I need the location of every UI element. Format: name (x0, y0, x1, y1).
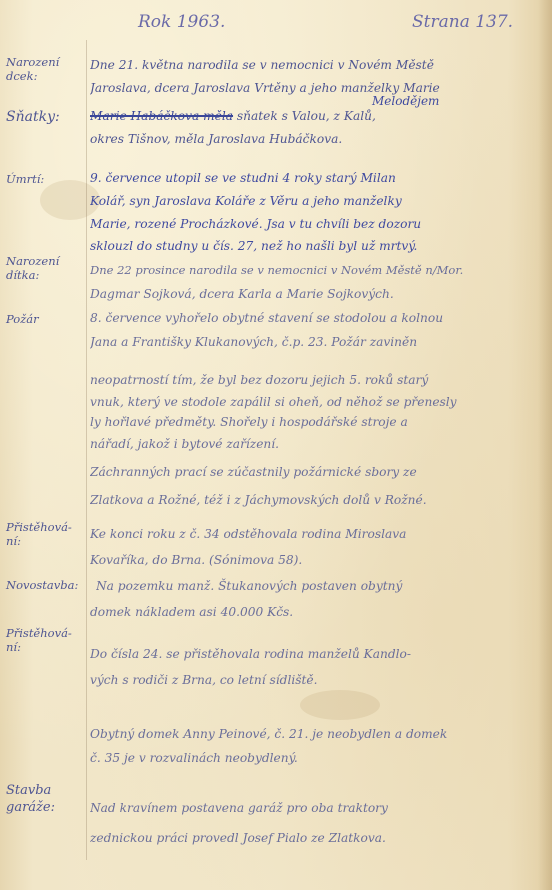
struck-text: Marie Habáčkova měla (90, 109, 233, 123)
text-line: 8. července vyhořelo obytné stavení se s… (90, 310, 545, 326)
page-header: Rok 1963. Strana 137. (0, 8, 552, 38)
entry-label-moving-in: Přistěhová- ní: (6, 626, 84, 654)
paper-stain (300, 690, 380, 720)
text-line: zednickou práci provedl Josef Pialo ze Z… (90, 830, 545, 846)
text-line: Jaroslava, dcera Jaroslava Vrtěny a jeho… (90, 80, 545, 96)
text-line: Nad kravínem postavena garáž pro oba tra… (90, 800, 545, 816)
entry-label-marriages: Sňatky: (6, 110, 84, 124)
entry-label-birth-child: Narození dítka: (6, 254, 84, 282)
text-line: Obytný domek Anny Peinové, č. 21. je neo… (90, 726, 545, 742)
entry-label-birth: Narození dcek: (6, 55, 84, 83)
text-line: ly hořlavé předměty. Shořely i hospodářs… (90, 414, 545, 430)
text-line: Jana a Františky Klukanových, č.p. 23. P… (90, 334, 545, 350)
text-line: Ke konci roku z č. 34 odstěhovala rodina… (90, 526, 545, 542)
entry-label-deaths: Úmrtí: (6, 172, 84, 186)
text-line: vých s rodiči z Brna, co letní sídliště. (90, 672, 545, 688)
entry-label-new-building: Novostavba: (6, 578, 96, 592)
text-line: č. 35 je v rozvalinách neobydlený. (90, 750, 545, 766)
text-line: Dne 22 prosince narodila se v nemocnici … (90, 262, 545, 278)
text-line: Do čísla 24. se přistěhovala rodina manž… (90, 646, 545, 662)
year-heading: Rok 1963. (138, 12, 225, 32)
text-line: domek nákladem asi 40.000 Kčs. (90, 604, 545, 620)
entry-label-fire: Požár (6, 312, 84, 326)
entry-label-moving: Přistěhová- ní: (6, 520, 84, 548)
text-line: nářadí, jakož i bytové zařízení. (90, 436, 545, 452)
page-number: Strana 137. (412, 12, 513, 32)
text-line: Marie, rozené Procházkové. Jsa v tu chví… (90, 216, 545, 232)
text-line: Záchranných prací se zúčastnily požárnic… (90, 464, 545, 480)
text-line: vnuk, který ve stodole zapálil si oheň, … (90, 394, 545, 410)
text-line: Dagmar Sojková, dcera Karla a Marie Sojk… (90, 286, 545, 302)
text-line: Zlatkova a Rožné, též i z Jáchymovských … (90, 492, 545, 508)
text-line: 9. července utopil se ve studni 4 roky s… (90, 170, 545, 186)
entry-label-garage: Stavba garáže: (6, 782, 84, 816)
text-line: Kolář, syn Jaroslava Koláře z Věru a jeh… (90, 193, 545, 209)
text-line: sklouzl do studny u čís. 27, než ho našl… (90, 238, 545, 254)
text-line: Na pozemku manž. Štukanových postaven ob… (96, 578, 551, 594)
text-line: Kovaříka, do Brna. (Sónimova 58). (90, 552, 545, 568)
chronicle-page: Rok 1963. Strana 137. Narození dcek: Dne… (0, 0, 552, 890)
text-line: neopatrností tím, že byl bez dozoru jeji… (90, 372, 545, 388)
margin-line (86, 40, 87, 860)
inserted-text: Melodějem (372, 94, 439, 108)
text-line: Dne 21. května narodila se v nemocnici v… (90, 57, 545, 73)
text-line: okres Tišnov, měla Jaroslava Hubáčkova. (90, 131, 545, 147)
text-line: Marie Habáčkova měla sňatek s Valou, z K… (90, 108, 545, 124)
